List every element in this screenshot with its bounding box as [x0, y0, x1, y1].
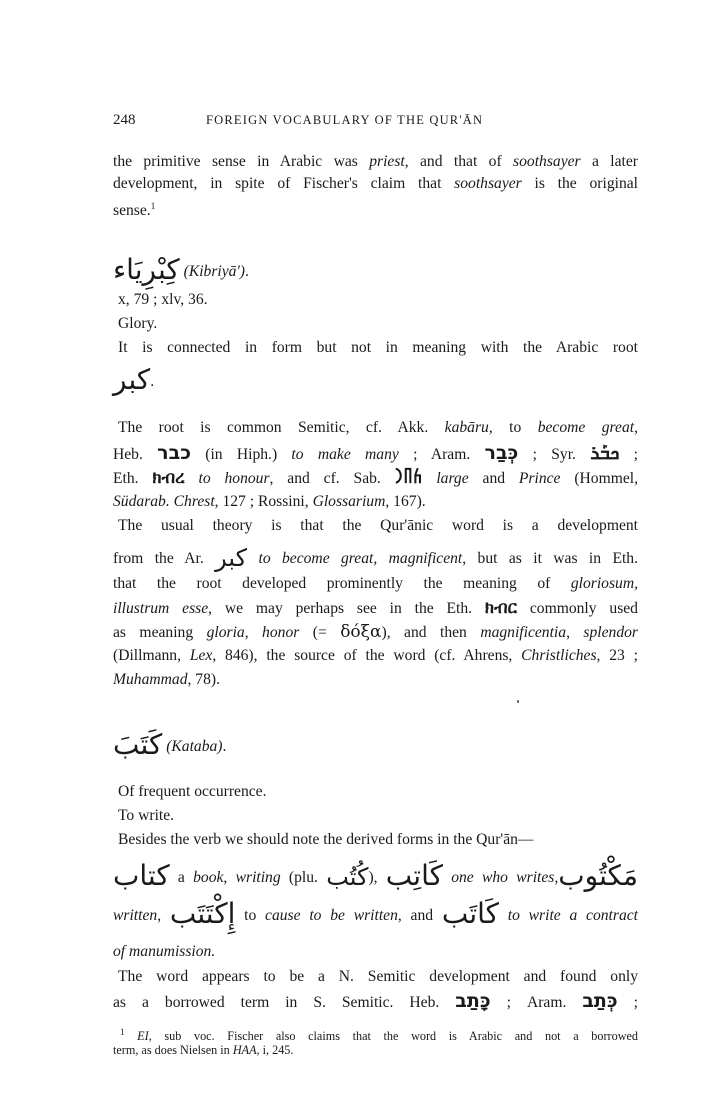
entry-refs: Of frequent occurrence.: [118, 782, 643, 802]
scan-speck: [517, 700, 519, 703]
aramaic-word: כְּתַב: [582, 990, 617, 1012]
para-3-line-3: that the root developed prominently the …: [113, 574, 638, 594]
arabic-headword: كَتَبَ: [113, 728, 162, 761]
sabaean-word: 𐩫𐩨𐩧: [395, 468, 423, 488]
running-head: FOREIGN VOCABULARY OF THE QUR'ĀN: [206, 113, 483, 128]
intro-line-2: development, in spite of Fischer's claim…: [113, 174, 638, 194]
book-page: 248 FOREIGN VOCABULARY OF THE QUR'ĀN the…: [0, 0, 714, 1104]
hebrew-word: כָּתַב: [455, 990, 490, 1012]
entry-meaning: To write.: [118, 806, 643, 826]
para-2-line-3: Eth. ክብረ to honour, and cf. Sab. 𐩫𐩨𐩧 lar…: [113, 468, 638, 489]
footnote-ref[interactable]: 1: [151, 201, 156, 211]
entry-heading-kibriya: كِبْرِيَاء (Kibriyā').: [113, 253, 249, 286]
intro-line-3: sense.1: [113, 196, 638, 221]
ethiopic-word: ክብረ: [152, 468, 184, 488]
arabic-root: كبر.: [113, 370, 638, 392]
entry-para-1: Besides the verb we should note the deri…: [118, 830, 643, 850]
transliteration: (Kibriyā'): [184, 263, 245, 280]
para-3-line-4: illustrum esse, we may perhaps see in th…: [113, 598, 638, 619]
para-2-line-2: Heb. כבר (in Hiph.) to make many ; Aram.…: [113, 443, 638, 465]
para-2-line-4: Südarab. Chrest, 127 ; Rossini, Glossari…: [113, 492, 638, 512]
hebrew-word: כבר: [157, 442, 191, 464]
page-number: 248: [113, 112, 136, 129]
arabic-headword: كِبْرِيَاء: [113, 253, 180, 286]
para-3-line-7: Muhammad, 78).: [113, 670, 638, 690]
derived-forms-line-1: كتاب a book, writing (plu. كُتُب), كَاتِ…: [113, 866, 638, 888]
footnote-line-2: term, as does Nielsen in HAA, i, 245.: [113, 1042, 638, 1059]
para-3-line-2: from the Ar. كبر to become great, magnif…: [113, 548, 638, 569]
syriac-word: ܟܒܰܪ: [590, 442, 619, 464]
greek-word: δόξα: [340, 622, 381, 642]
para-3-line-1: The usual theory is that the Qur'ānic wo…: [118, 516, 638, 536]
para-2-line-1: The word appears to be a N. Semitic deve…: [118, 967, 638, 987]
entry-para-1: It is connected in form but not in meani…: [118, 338, 638, 358]
transliteration: (Kataba): [166, 738, 222, 755]
para-2-line-1: The root is common Semitic, cf. Akk. kab…: [118, 418, 638, 438]
entry-heading-kataba: كَتَبَ (Kataba).: [113, 728, 226, 761]
para-3-line-6: (Dillmann, Lex, 846), the source of the …: [113, 646, 638, 666]
intro-line-1: the primitive sense in Arabic was priest…: [113, 152, 638, 172]
derived-forms-line-2: written, إِكْتَتَب to cause to be writte…: [113, 904, 638, 926]
para-3-line-5: as meaning gloria, honor (= δόξα), and t…: [113, 622, 638, 643]
entry-refs: x, 79 ; xlv, 36.: [118, 290, 643, 310]
aramaic-word: כְּבַר: [485, 442, 519, 464]
entry-meaning: Glory.: [118, 314, 643, 334]
para-2-line-2: as a borrowed term in S. Semitic. Heb. כ…: [113, 991, 638, 1013]
derived-forms-line-3: of manumission.: [113, 942, 638, 962]
